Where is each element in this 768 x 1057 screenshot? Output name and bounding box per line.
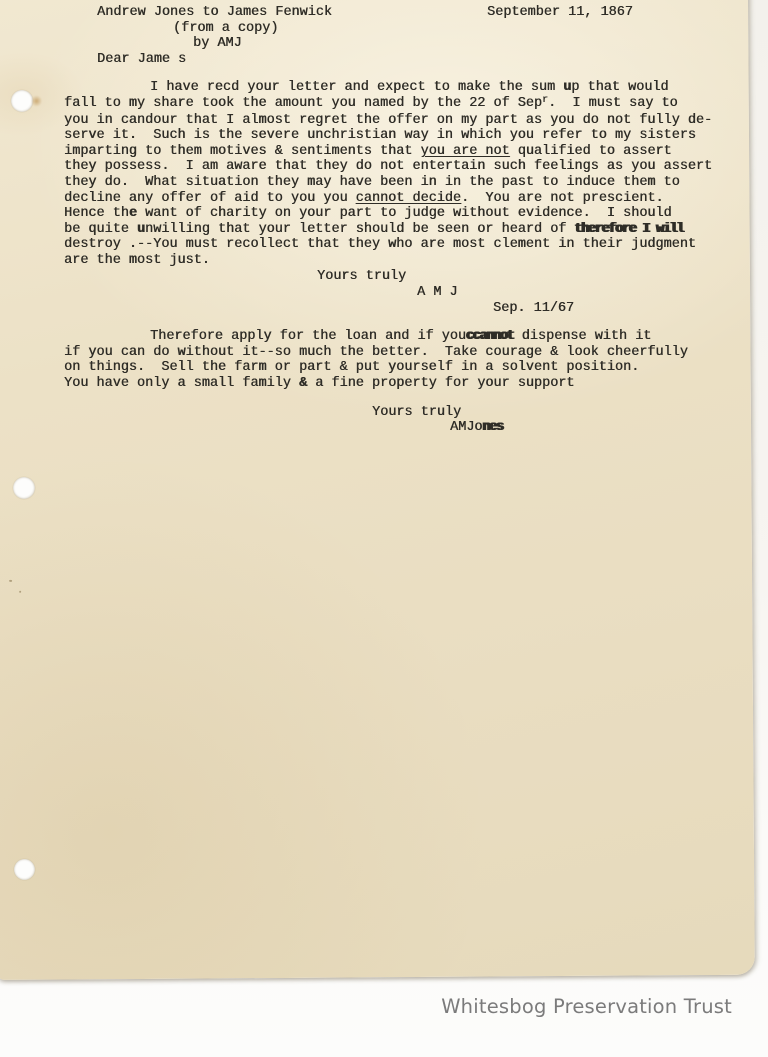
letter-body: Andrew Jones to James FenwickSeptember 1… <box>0 0 745 436</box>
letter-text-segment: u <box>137 222 145 237</box>
letter-line: You have only a small family & a fine pr… <box>0 376 745 392</box>
letter-line: Yours truly <box>0 269 745 285</box>
letter-text-segment: Dear Jame s <box>97 52 186 67</box>
letter-line: are the most just. <box>0 253 745 269</box>
letter-line: Dear Jame s <box>0 52 745 68</box>
letter-text-segment: imparting to them motives & sentiments t… <box>64 144 420 159</box>
letter-text-segment: serve it. Such is the severe unchristian… <box>64 128 696 143</box>
letter-text-segment: they do. What situation they may have be… <box>64 175 680 190</box>
letter-text-segment: You have only a small family <box>64 376 299 391</box>
letter-line: you in candour that I almost regret the … <box>0 113 745 129</box>
punch-hole-bottom <box>14 859 35 880</box>
letter-line: decline any offer of aid to you you cann… <box>0 191 745 207</box>
letter-line: A M J <box>0 285 745 301</box>
letter-text-segment: nwilling that your letter should be seen… <box>145 222 574 237</box>
letter-text-segment: are the most just. <box>64 253 210 268</box>
letter-text-segment: . I must say to <box>548 96 678 111</box>
letter-line: Therefore apply for the loan and if youc… <box>0 329 745 345</box>
letter-text-segment: Hence th <box>64 206 129 221</box>
letter-text-segment: decline any offer of aid to you you <box>64 191 356 206</box>
letter-line: be quite unwilling that your letter shou… <box>0 222 745 238</box>
letter-text-segment: Therefore apply for the loan and if you <box>150 329 466 344</box>
letter-line: destroy .--You must recollect that they … <box>0 237 745 253</box>
letter-text-segment: A M J <box>417 285 458 300</box>
letter-line: imparting to them motives & sentiments t… <box>0 144 745 160</box>
letter-text-segment: I have recd your letter and expect to ma… <box>150 80 563 95</box>
letter-text-segment: nes <box>482 420 502 435</box>
letter-text-segment: destroy .--You must recollect that they … <box>64 237 696 252</box>
letter-text-segment: . You are not prescient. <box>461 191 664 206</box>
letter-line: I have recd your letter and expect to ma… <box>0 80 745 96</box>
paper-speck <box>19 591 21 593</box>
letter-text-segment: r <box>542 95 548 106</box>
letter-line: they do. What situation they may have be… <box>0 175 745 191</box>
letter-line: they possess. I am aware that they do no… <box>0 159 745 175</box>
letter-date: September 11, 1867 <box>487 5 633 21</box>
letter-text-segment: ccannot <box>466 329 514 344</box>
letter-line: by AMJ <box>0 36 745 52</box>
letter-line: on things. Sell the farm or part & put y… <box>0 360 745 376</box>
letter-text-segment: cannot decide <box>356 191 461 206</box>
letter-text-segment: therefore I will <box>574 222 683 237</box>
letter-text-segment: Yours truly <box>317 269 406 284</box>
punch-hole-middle <box>13 477 35 499</box>
letter-text-segment: & <box>299 376 307 391</box>
letter-text-segment: p that would <box>571 80 668 95</box>
letter-text-segment: Sep. 11/67 <box>493 301 574 316</box>
letter-text-segment: by AMJ <box>193 36 242 51</box>
letter-text-segment: on things. Sell the farm or part & put y… <box>64 360 639 375</box>
letter-text-segment: a fine property for your support <box>307 376 574 391</box>
letter-line: Sep. 11/67 <box>0 301 745 317</box>
letter-text-segment: if you can do without it--so much the be… <box>64 345 688 360</box>
letter-line: (from a copy) <box>0 21 745 37</box>
letter-line: serve it. Such is the severe unchristian… <box>0 128 745 144</box>
letter-text-segment: dispense with it <box>514 329 652 344</box>
letter-text-segment: Andrew Jones to James Fenwick <box>97 5 332 20</box>
letter-text-segment: you in candour that I almost regret the … <box>64 113 712 128</box>
letter-text-segment: they possess. I am aware that they do no… <box>64 159 712 174</box>
letter-text-segment: (from a copy) <box>173 21 278 36</box>
letter-text-segment: fall to my share took the amount you nam… <box>64 96 542 111</box>
letter-text-segment: be quite <box>64 222 137 237</box>
letter-text-segment: AMJo <box>450 420 482 435</box>
letter-line: AMJones <box>0 420 745 436</box>
letter-text-segment: e <box>129 206 137 221</box>
letter-line: if you can do without it--so much the be… <box>0 345 745 361</box>
archive-watermark: Whitesbog Preservation Trust <box>441 995 732 1018</box>
letter-text-segment: Yours truly <box>372 405 461 420</box>
paper-speck <box>9 580 12 582</box>
scanned-page: Andrew Jones to James FenwickSeptember 1… <box>0 0 768 1057</box>
letter-text-segment: want of charity on your part to judge wi… <box>137 206 672 221</box>
letter-line: Andrew Jones to James FenwickSeptember 1… <box>0 5 745 21</box>
letter-line: fall to my share took the amount you nam… <box>0 96 745 113</box>
letter-text-segment: you are not <box>420 144 509 159</box>
letter-line: Hence the want of charity on your part t… <box>0 206 745 222</box>
letter-text-segment: qualified to assert <box>510 144 672 159</box>
letter-line: Yours truly <box>0 405 745 421</box>
